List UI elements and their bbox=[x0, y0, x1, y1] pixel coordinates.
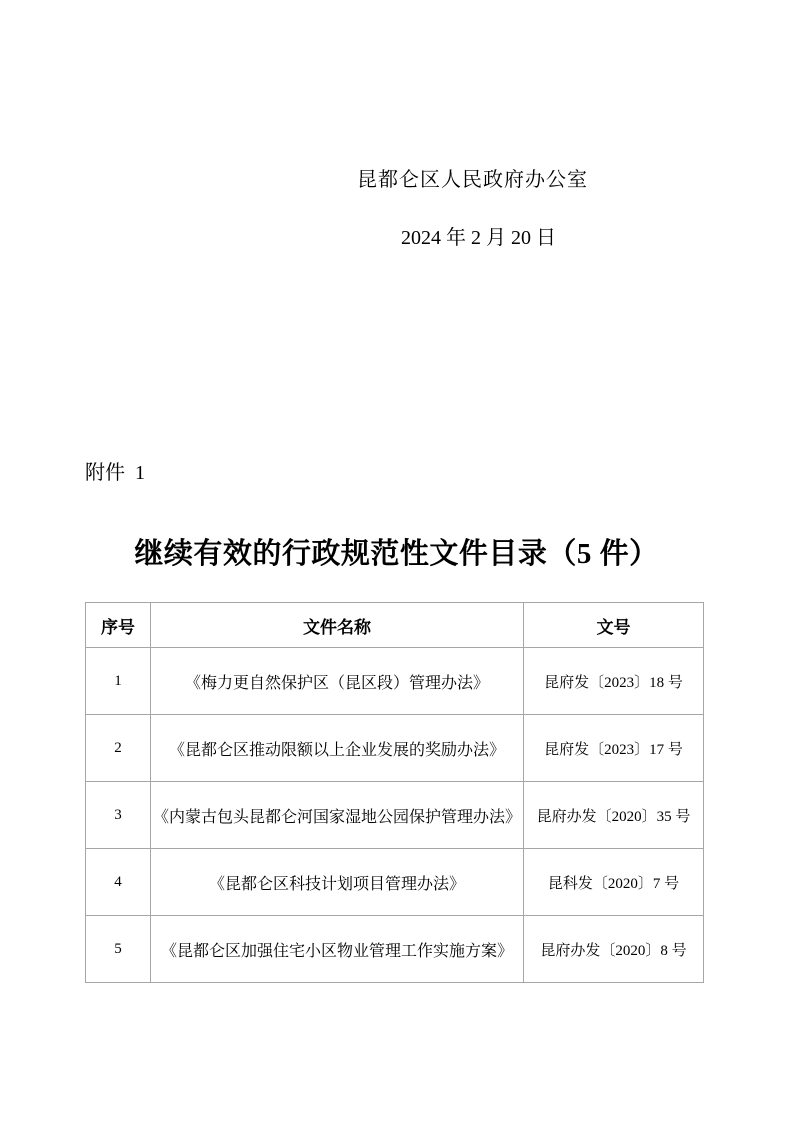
signing-office: 昆都仑区人民政府办公室 bbox=[357, 163, 588, 192]
cell-docno: 昆府发〔2023〕18 号 bbox=[524, 648, 704, 715]
cell-name: 《昆都仑区加强住宅小区物业管理工作实施方案》 bbox=[151, 916, 524, 983]
header-name: 文件名称 bbox=[151, 603, 524, 648]
cell-docno: 昆府发〔2023〕17 号 bbox=[524, 715, 704, 782]
table-header-row: 序号 文件名称 文号 bbox=[86, 603, 704, 648]
cell-name: 《昆都仑区推动限额以上企业发展的奖励办法》 bbox=[151, 715, 524, 782]
document-page: 昆都仑区人民政府办公室 2024 年 2 月 20 日 附件 1 继续有效的行政… bbox=[0, 0, 793, 1122]
cell-docno: 昆科发〔2020〕7 号 bbox=[524, 849, 704, 916]
table-row: 3 《内蒙古包头昆都仑河国家湿地公园保护管理办法》 昆府办发〔2020〕35 号 bbox=[86, 782, 704, 849]
table-row: 1 《梅力更自然保护区（昆区段）管理办法》 昆府发〔2023〕18 号 bbox=[86, 648, 704, 715]
cell-docno: 昆府办发〔2020〕8 号 bbox=[524, 916, 704, 983]
cell-seq: 4 bbox=[86, 849, 151, 916]
cell-name: 《昆都仑区科技计划项目管理办法》 bbox=[151, 849, 524, 916]
cell-seq: 5 bbox=[86, 916, 151, 983]
cell-name: 《梅力更自然保护区（昆区段）管理办法》 bbox=[151, 648, 524, 715]
cell-seq: 3 bbox=[86, 782, 151, 849]
documents-table: 序号 文件名称 文号 1 《梅力更自然保护区（昆区段）管理办法》 昆府发〔202… bbox=[85, 602, 704, 983]
attachment-label: 附件 1 bbox=[85, 456, 145, 485]
table-row: 4 《昆都仑区科技计划项目管理办法》 昆科发〔2020〕7 号 bbox=[86, 849, 704, 916]
cell-seq: 1 bbox=[86, 648, 151, 715]
table-row: 2 《昆都仑区推动限额以上企业发展的奖励办法》 昆府发〔2023〕17 号 bbox=[86, 715, 704, 782]
page-title: 继续有效的行政规范性文件目录（5 件） bbox=[0, 531, 793, 572]
cell-name: 《内蒙古包头昆都仑河国家湿地公园保护管理办法》 bbox=[151, 782, 524, 849]
signing-date: 2024 年 2 月 20 日 bbox=[401, 221, 556, 250]
header-seq: 序号 bbox=[86, 603, 151, 648]
cell-seq: 2 bbox=[86, 715, 151, 782]
header-docno: 文号 bbox=[524, 603, 704, 648]
cell-docno: 昆府办发〔2020〕35 号 bbox=[524, 782, 704, 849]
table-row: 5 《昆都仑区加强住宅小区物业管理工作实施方案》 昆府办发〔2020〕8 号 bbox=[86, 916, 704, 983]
